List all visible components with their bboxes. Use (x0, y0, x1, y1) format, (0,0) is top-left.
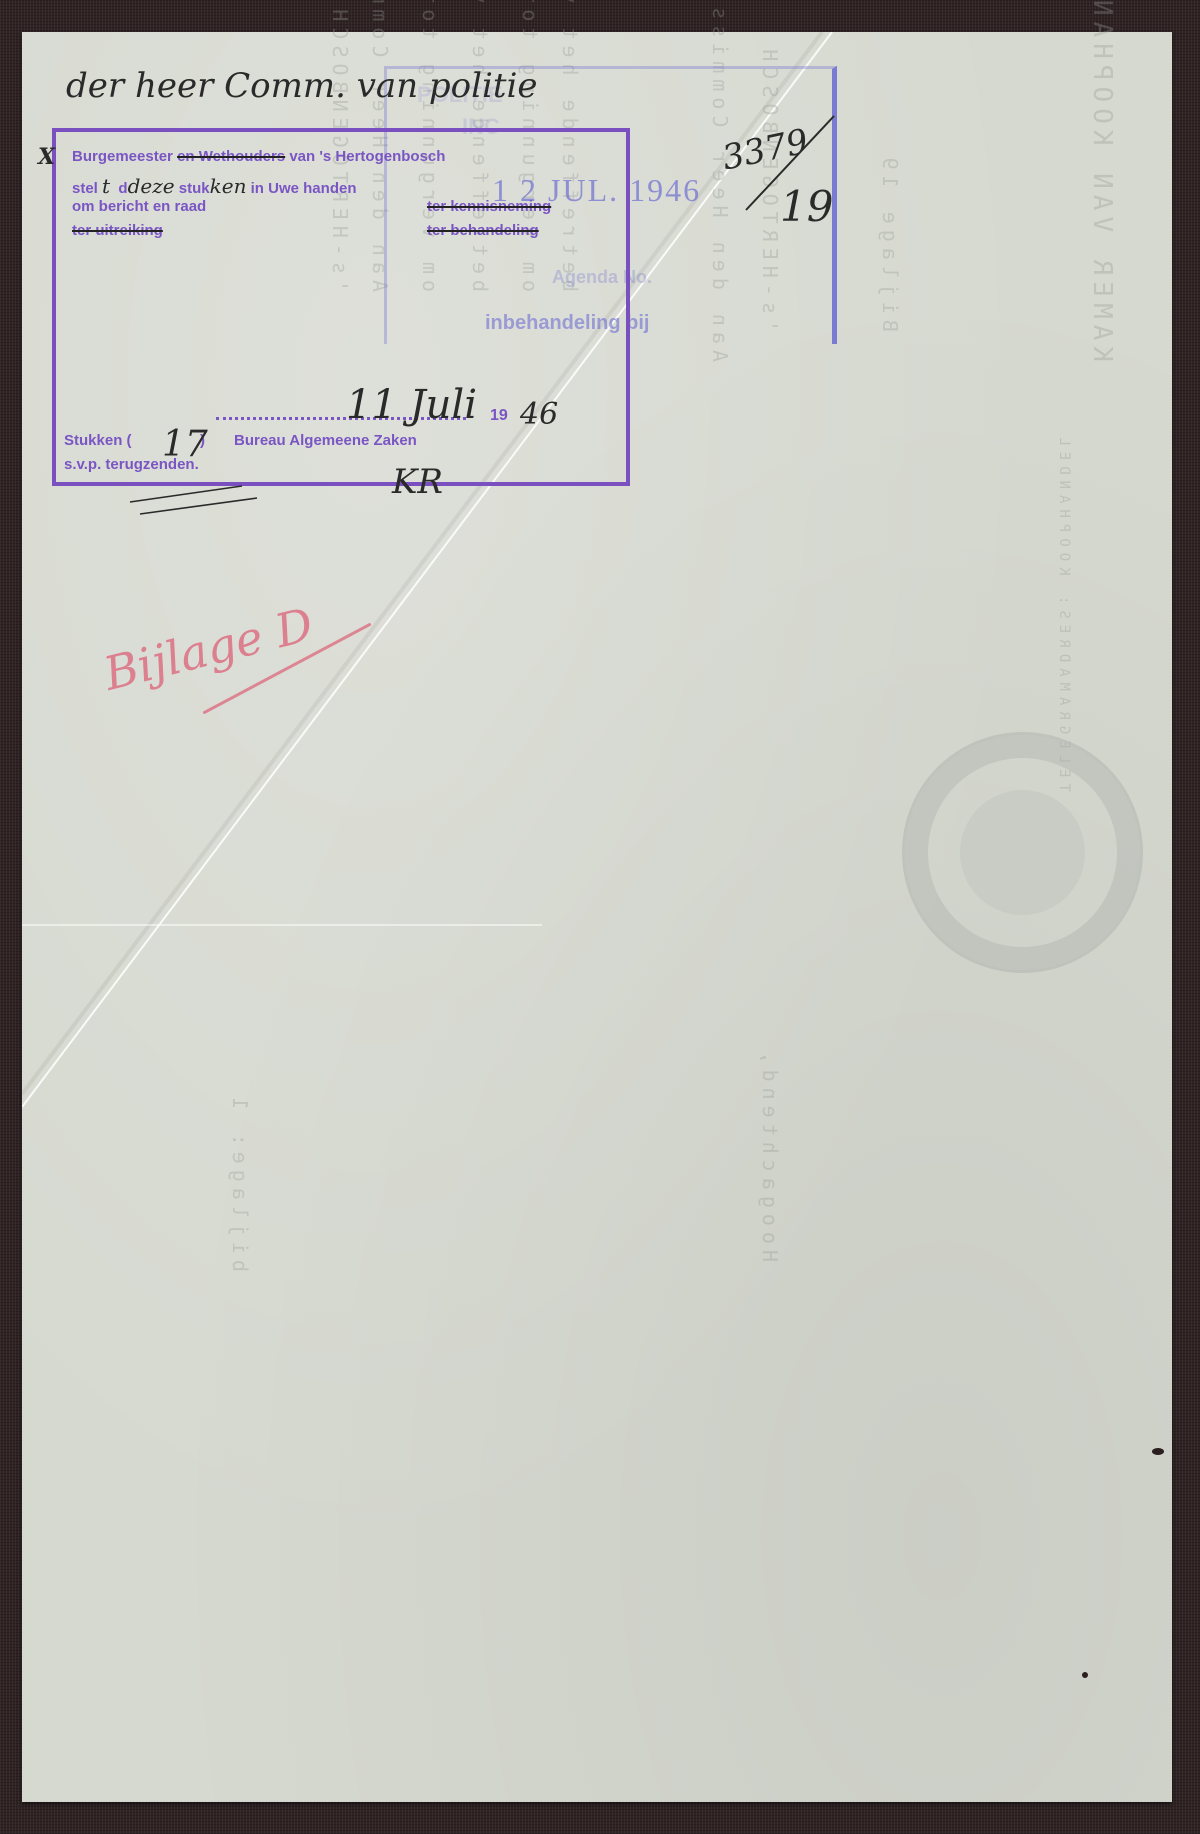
handwritten-addressee: der heer Comm. van politie (66, 66, 538, 106)
handwritten-fill: ken (210, 174, 247, 198)
stamp-bureau: Bureau Algemeene Zaken (234, 432, 417, 449)
seal-emblem-icon (960, 790, 1085, 915)
bleed-through-letterhead: KAMER VAN KOOPHANDEL EN FABRIEKEN (1087, 0, 1117, 362)
handwritten-stukken-count: 17 (162, 424, 208, 465)
handwritten-reference-sub: 19 (780, 182, 833, 231)
paper-tear (1152, 1448, 1164, 1455)
stamp-line-3: om bericht en raad (72, 198, 206, 215)
stamp-city: van 's Hertogenbosch (289, 148, 445, 165)
handwritten-underline-strokes (122, 480, 262, 520)
bleed-through-closing: Hoogachtend, (758, 1046, 782, 1263)
bleed-through-enclosure: bijlage: 1 (228, 1092, 252, 1272)
stamp-line-1: Burgemeester en Wethouders van 's Hertog… (72, 148, 445, 165)
handwritten-margin-mark: X (38, 144, 55, 170)
stamp-d: d (118, 180, 127, 197)
stamp-line-2: stel t ddeze stukken in Uwe handen (72, 174, 356, 198)
stamp-stel: stel (72, 180, 98, 197)
stamp-year-prefix: 19 (490, 407, 508, 425)
handwritten-year-suffix: 46 (520, 397, 558, 432)
stamp-ter-uitreiking-struck: ter uitreiking (72, 222, 163, 239)
stamp-ter-behandeling-struck: ter behandeling (427, 222, 539, 239)
stamp-stuk: stuk (179, 180, 210, 197)
handwritten-initials: KR (392, 462, 443, 502)
handwritten-fill: t (102, 174, 110, 198)
bleed-through-line: Bijlage 19 (878, 152, 902, 332)
stamp-ter-kennisneming-struck: ter kennisneming (427, 198, 551, 215)
stamp-uwe-handen: in Uwe handen (251, 180, 357, 197)
stamp-wethouders-struck: en Wethouders (177, 148, 285, 165)
handwritten-fill: deze (128, 174, 175, 198)
red-pencil-annotation: Bijlage D (99, 597, 319, 701)
embossed-seal (902, 732, 1143, 973)
stamp-stukken-label: Stukken ( (64, 432, 132, 449)
paper-hole (1082, 1672, 1088, 1678)
stamp-burgemeester: Burgemeester (72, 148, 173, 165)
handwritten-date: 11 Juli (346, 382, 477, 428)
document-sheet: KAMER VAN KOOPHANDEL EN FABRIEKEN TELEGR… (22, 32, 1172, 1802)
